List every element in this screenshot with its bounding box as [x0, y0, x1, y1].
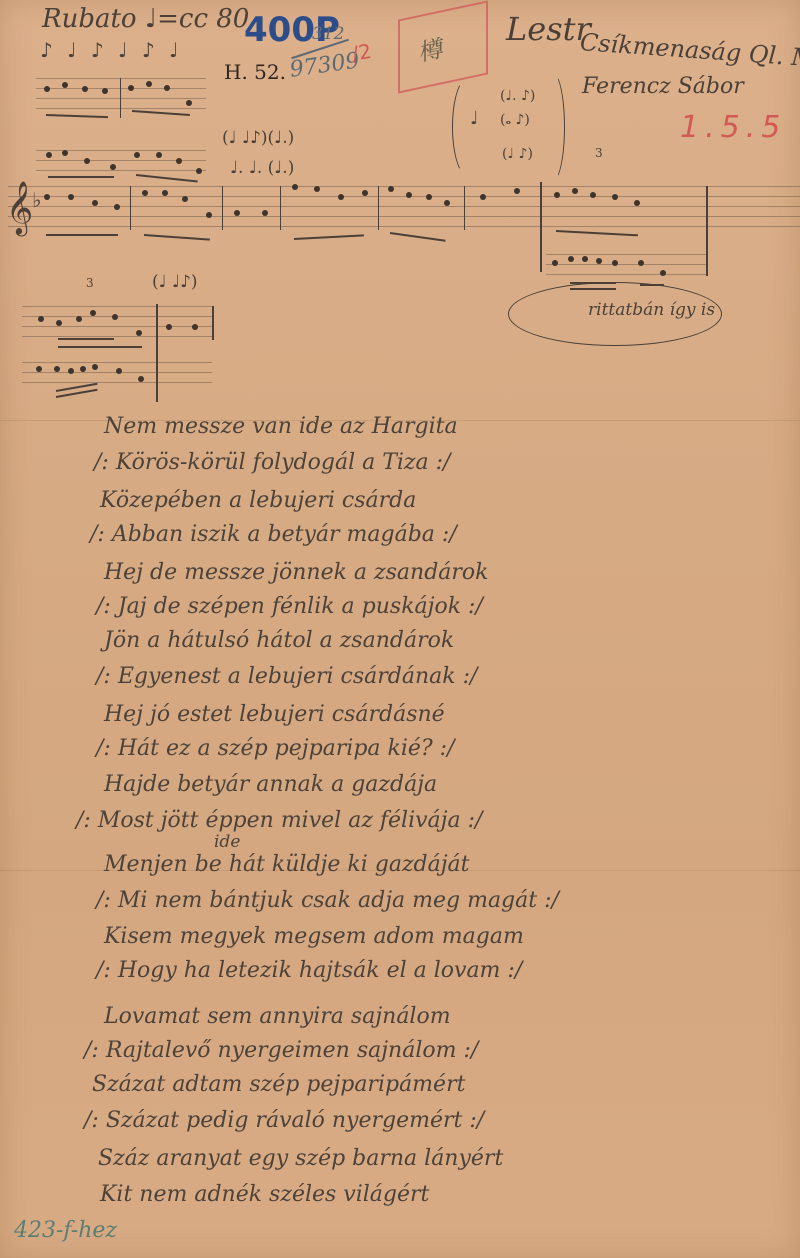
- lyric-line: /: Mi nem bántjuk csak adja meg magát :/: [96, 888, 559, 913]
- triplet-mark: 3: [595, 146, 603, 160]
- main-staff: 𝄞 ♭: [8, 186, 800, 230]
- lyric-line: Százat adtam szép pejparipámért: [92, 1072, 465, 1097]
- annotation-text: rittatbán így is: [588, 300, 715, 320]
- staff-fragment-right: [546, 254, 706, 284]
- lyric-line: /: Hogy ha letezik hajtsák el a lovam :/: [96, 958, 522, 983]
- rhythm-variant-right-4: (♩ ♪): [502, 146, 533, 162]
- collector-initial: Lestr: [506, 10, 591, 48]
- rhythm-variant-mid-2: ♩. ♩. (♩.): [230, 158, 294, 178]
- lyric-line: Kisem megyek megsem adom magam: [104, 924, 524, 949]
- rhythm-variant-end: (♩ ♩♪): [152, 272, 198, 292]
- rhythm-variant-right-2: (♩. ♪): [500, 88, 535, 104]
- lyric-line: /: Hát ez a szép pejparipa kié? :/: [96, 736, 455, 761]
- tempo-marking: Rubato ♩=cc 80: [42, 4, 249, 34]
- lyric-line: Kit nem adnék széles világért: [100, 1182, 429, 1207]
- red-stamp-box: 樽: [398, 0, 488, 93]
- triplet-mark: 3: [86, 276, 94, 290]
- lyric-line: Hej jó estet lebujeri csárdásné: [104, 702, 445, 727]
- rhythm-variant-mid-1: (♩ ♩♪)(♩.): [222, 128, 294, 148]
- staff-fragment-bottom-left: [22, 306, 212, 396]
- lyric-line: Hajde betyár annak a gazdája: [104, 772, 437, 797]
- lyric-line: Menjen be hát küldje ki gazdáját: [104, 852, 470, 877]
- stamp-text: 樽: [420, 28, 444, 68]
- rhythm-variant-right-1: ♩: [470, 108, 479, 129]
- lyric-line: /: Abban iszik a betyár magába :/: [90, 522, 457, 547]
- lyric-line: /: Most jött éppen mivel az félivája :/: [76, 808, 482, 833]
- staff-fragment-2: [36, 150, 206, 180]
- lyric-line: /: Körös-körül folydogál a Tiza :/: [94, 450, 450, 475]
- rhythm-variant: ♪ ♩: [142, 38, 183, 62]
- reference-number: 1.5.5: [680, 110, 786, 145]
- rhythm-variant: ♪ ♩: [40, 38, 81, 62]
- lyric-line: Közepében a lebujeri csárda: [100, 488, 416, 513]
- rhythm-variant: ♪ ♩: [91, 38, 132, 62]
- red-slash-mark: /2: [350, 39, 373, 66]
- flat-icon: ♭: [32, 188, 41, 212]
- collection-code: H. 52.: [224, 60, 286, 84]
- lyric-line: /: Egyenest a lebujeri csárdának :/: [96, 664, 477, 689]
- location-label: Csíkmenaság Ql. M.: [579, 28, 800, 73]
- lyric-line: /: Rajtalevő nyergeimen sajnálom :/: [84, 1038, 478, 1063]
- lyric-line: Száz aranyat egy szép barna lányért: [98, 1146, 503, 1171]
- treble-clef-icon: 𝄞: [6, 180, 33, 236]
- manuscript-page: Rubato ♩=cc 80 400P 312 97309 /2 H. 52. …: [0, 0, 800, 1258]
- staff-fragment-1: [36, 78, 206, 118]
- interlinear-insert: ide: [214, 832, 240, 852]
- rhythm-variants-top: ♪ ♩ ♪ ♩ ♪ ♩: [40, 38, 182, 62]
- shelf-mark: 423-f-hez: [14, 1218, 117, 1243]
- lyric-line: /: Százat pedig rávaló nyergemért :/: [84, 1108, 484, 1133]
- rhythm-variant-right-3: (𝅝 ♪): [500, 112, 530, 128]
- right-bracket: [540, 72, 565, 182]
- lyric-line: Jön a hátulsó hátol a zsandárok: [104, 628, 454, 653]
- lyric-line: Lovamat sem annyira sajnálom: [104, 1004, 451, 1029]
- lyric-line: Hej de messze jönnek a zsandárok: [104, 560, 489, 585]
- lyric-line: Nem messze van ide az Hargita: [104, 414, 458, 439]
- singer-name: Ferencz Sábor: [582, 74, 744, 99]
- lyric-line: /: Jaj de szépen fénlik a puskájok :/: [96, 594, 483, 619]
